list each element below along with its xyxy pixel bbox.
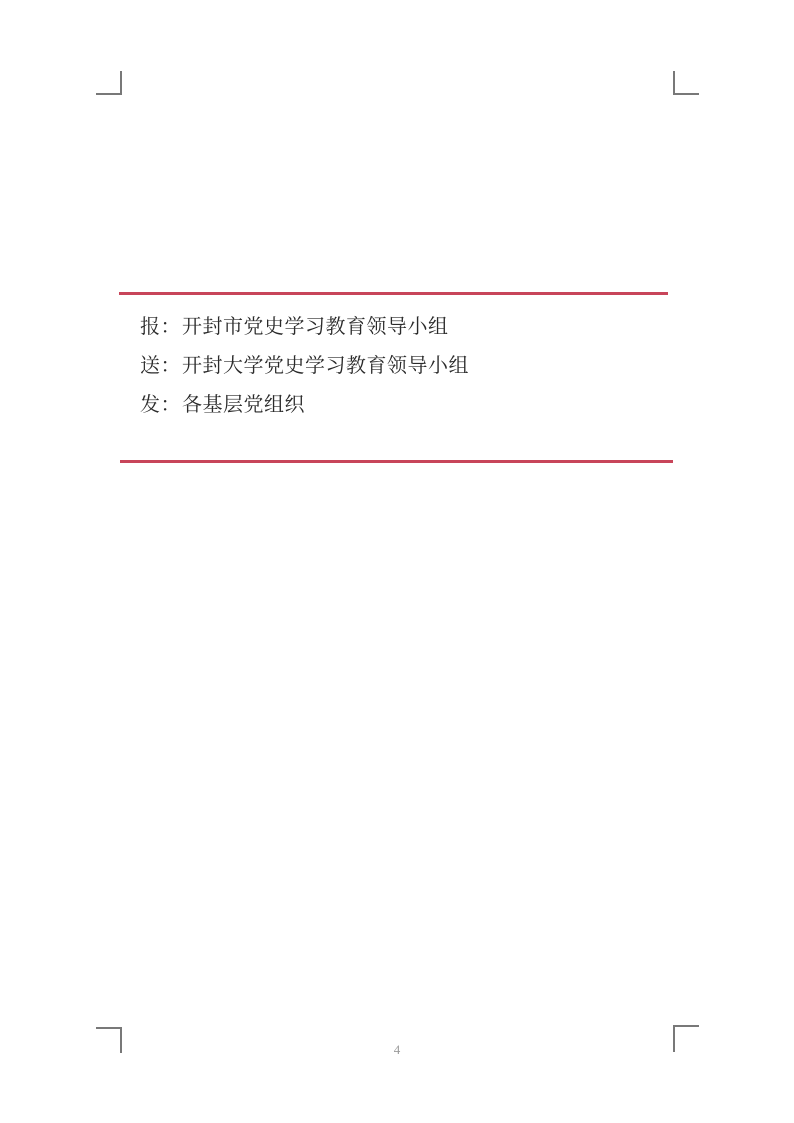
document-page: 报：开封市党史学习教育领导小组 送：开封大学党史学习教育领导小组 发：各基层党组…: [0, 0, 794, 1123]
distribution-label: 发: [140, 386, 161, 425]
distribution-colon: ：: [161, 386, 182, 425]
distribution-rule-top: [119, 292, 668, 295]
distribution-colon: ：: [161, 347, 182, 386]
distribution-rule-bottom: [120, 460, 673, 463]
distribution-list: 报：开封市党史学习教育领导小组 送：开封大学党史学习教育领导小组 发：各基层党组…: [140, 308, 469, 425]
distribution-label: 送: [140, 347, 161, 386]
crop-mark-top-right-icon: [673, 71, 699, 95]
page-number: 4: [0, 1042, 794, 1058]
distribution-row: 送：开封大学党史学习教育领导小组: [140, 347, 469, 386]
distribution-colon: ：: [161, 308, 182, 347]
distribution-label: 报: [140, 308, 161, 347]
distribution-row: 发：各基层党组织: [140, 386, 469, 425]
crop-mark-top-left-icon: [96, 71, 122, 95]
distribution-content: 开封大学党史学习教育领导小组: [182, 347, 469, 386]
distribution-content: 各基层党组织: [182, 386, 305, 425]
distribution-row: 报：开封市党史学习教育领导小组: [140, 308, 469, 347]
distribution-content: 开封市党史学习教育领导小组: [182, 308, 449, 347]
